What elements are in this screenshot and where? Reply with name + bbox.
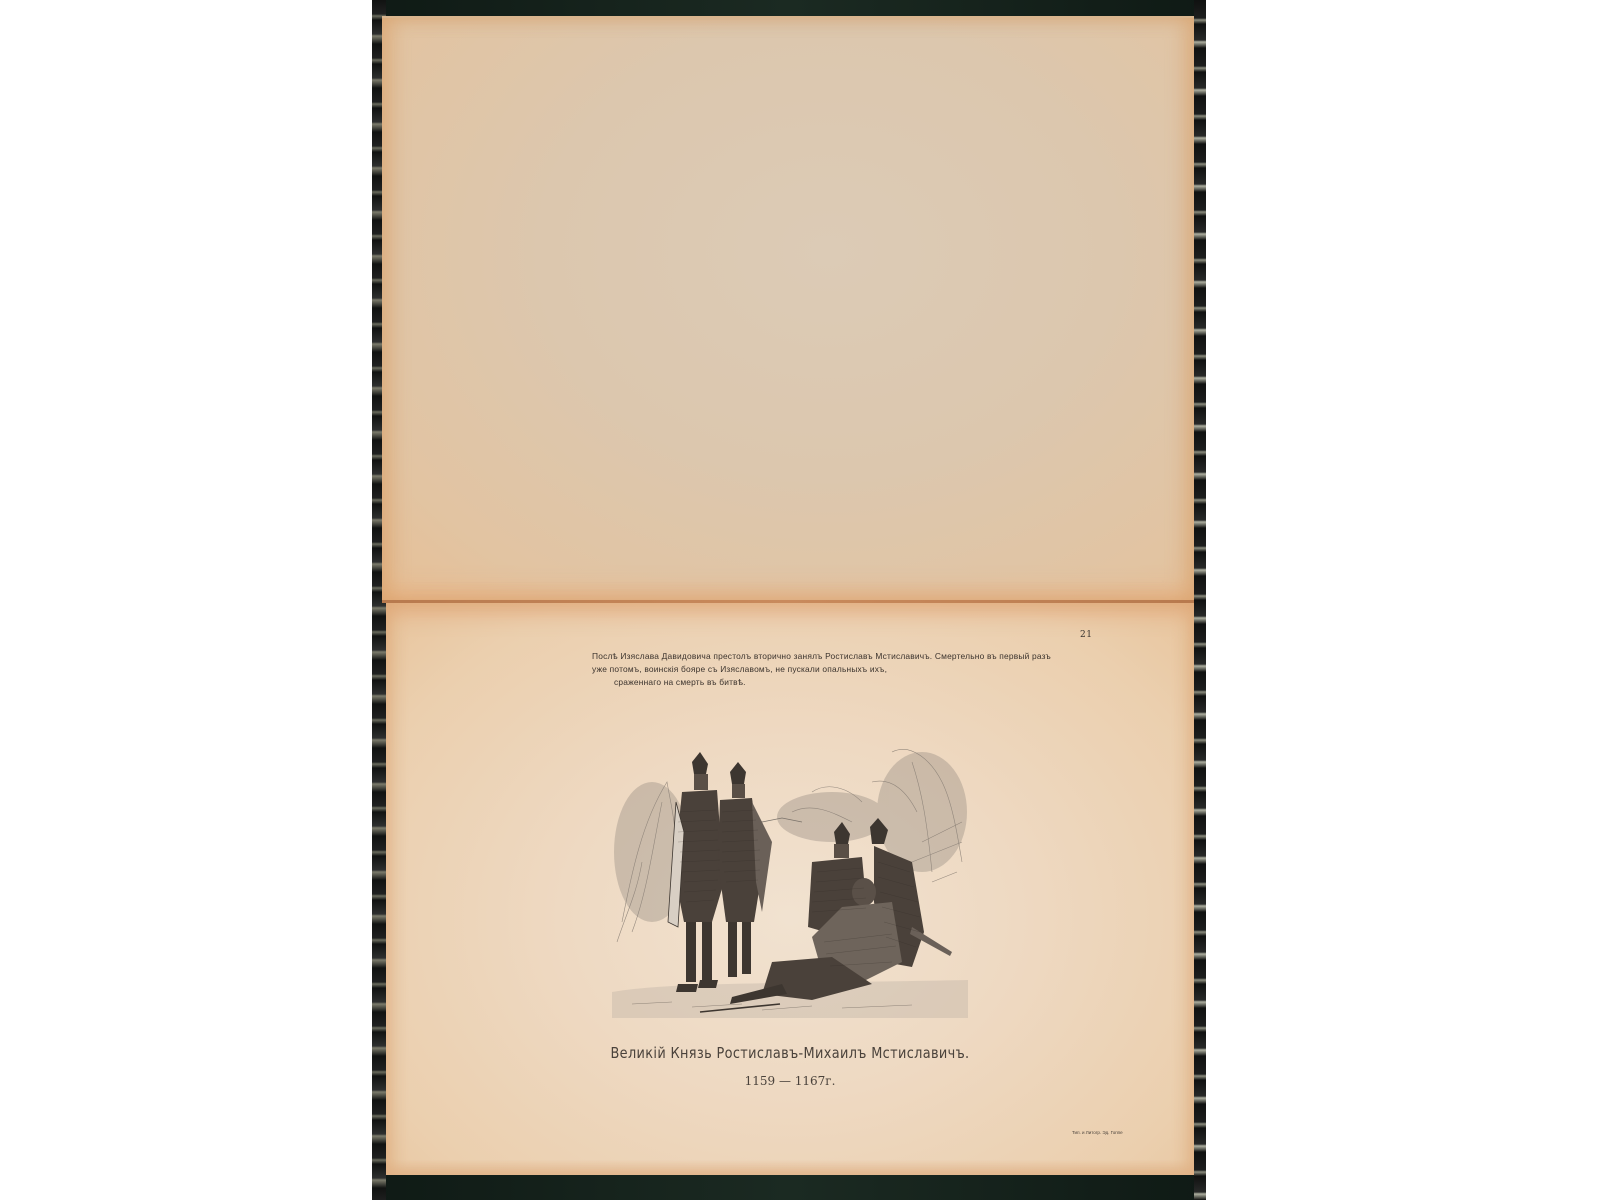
printer-credit: Тип. и Литогр. Эд. Гоппе <box>1072 1130 1123 1135</box>
plate-title: Великій Князь Ростиславъ-Михаилъ Мстисла… <box>592 1044 988 1062</box>
engraving-illustration <box>612 722 968 1018</box>
caption-line: уже потомъ, воинскія бояре съ Изяславомъ… <box>592 663 1012 676</box>
page-edge-shadow <box>386 1160 1194 1175</box>
caption-text: Послѣ Изяслава Давидовича престолъ втори… <box>592 650 1012 689</box>
reign-years: 1159 — 1167г. <box>690 1074 890 1088</box>
caption-line: Послѣ Изяслава Давидовича престолъ втори… <box>592 650 1012 663</box>
caption-line: сраженнаго на смерть въ битвѣ. <box>592 676 1012 689</box>
top-page-blank <box>382 16 1194 602</box>
cover-edge-right <box>1194 0 1206 1200</box>
page-number: 21 <box>1080 630 1092 640</box>
book-photo: 21 Послѣ Изяслава Давидовича престолъ вт… <box>0 0 1600 1200</box>
